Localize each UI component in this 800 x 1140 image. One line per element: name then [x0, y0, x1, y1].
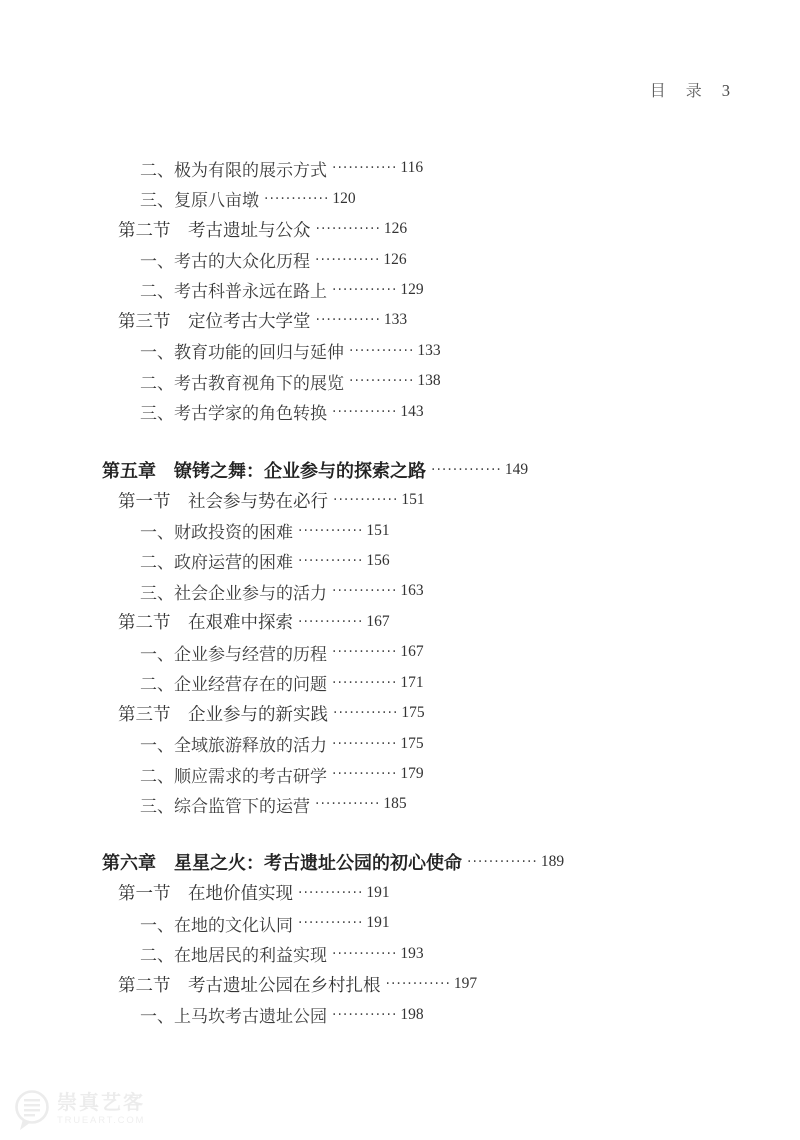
toc-leader-dots: ············	[332, 1007, 397, 1023]
toc-leader-dots: ············	[332, 946, 397, 962]
toc-leader-dots: ············	[315, 252, 380, 268]
toc-entry: 一、企业参与经营的历程············167	[140, 637, 770, 667]
toc-list: 二、极为有限的展示方式············116三、复原八亩墩·······…	[102, 153, 770, 1030]
toc-entry-page: 189	[541, 853, 564, 871]
toc-leader-dots: ············	[333, 705, 398, 721]
toc-entry-page: 116	[400, 159, 423, 177]
toc-leader-dots: ············	[349, 373, 414, 389]
toc-entry: 第一节 在地价值实现············191	[118, 878, 770, 908]
watermark-domain: TRUEART.COM	[57, 1115, 145, 1126]
toc-leader-dots: ············	[332, 736, 397, 752]
toc-entry: 第三节 企业参与的新实践············175	[118, 698, 770, 728]
toc-entry-page: 175	[400, 735, 423, 753]
toc-entry-title: 第一节 在地价值实现	[118, 880, 293, 905]
toc-entry: 二、企业经营存在的问题············171	[140, 668, 770, 698]
toc-entry-page: 151	[366, 522, 389, 540]
toc-entry-title: 二、顺应需求的考古研学	[140, 762, 327, 787]
toc-entry-title: 一、在地的文化认同	[140, 911, 293, 936]
toc-entry-title: 二、极为有限的展示方式	[140, 156, 327, 181]
page-header: 目 录 3	[650, 78, 730, 101]
toc-entry: 二、顺应需求的考古研学············179	[140, 759, 770, 789]
toc-leader-dots: ············	[264, 191, 329, 207]
toc-entry: 三、社会企业参与的活力············163	[140, 576, 770, 606]
toc-entry-title: 二、企业经营存在的问题	[140, 670, 327, 695]
toc-entry-title: 三、综合监管下的运营	[140, 792, 310, 817]
toc-entry: 三、综合监管下的运营············185	[140, 789, 770, 819]
toc-leader-dots: ············	[298, 915, 363, 931]
toc-entry-title: 三、考古学家的角色转换	[140, 399, 327, 424]
toc-entry-page: 163	[400, 582, 423, 600]
toc-entry-page: 191	[366, 914, 389, 932]
toc-entry-title: 第三节 企业参与的新实践	[118, 701, 328, 726]
toc-entry-title: 三、复原八亩墩	[140, 186, 259, 211]
toc-entry: 第六章 星星之火：考古遗址公园的初心使命·············189	[102, 847, 770, 877]
toc-leader-dots: ············	[298, 614, 363, 630]
toc-leader-dots: ············	[298, 885, 363, 901]
toc-entry-page: 126	[384, 220, 407, 238]
toc-leader-dots: ············	[332, 644, 397, 660]
toc-entry-page: 191	[366, 884, 389, 902]
toc-entry-page: 120	[332, 190, 355, 208]
toc-entry: 二、考古科普永远在路上············129	[140, 275, 770, 305]
toc-entry: 第五章 镣铐之舞：企业参与的探索之路·············149	[102, 454, 770, 484]
toc-entry-title: 一、全域旅游释放的活力	[140, 731, 327, 756]
toc-entry-page: 129	[400, 281, 423, 299]
toc-entry: 二、政府运营的困难············156	[140, 546, 770, 576]
toc-entry: 二、考古教育视角下的展览············138	[140, 366, 770, 396]
toc-entry-page: 149	[505, 461, 528, 479]
watermark-name: 崇真艺客	[57, 1092, 145, 1114]
toc-leader-dots: ············	[332, 675, 397, 691]
toc-entry-page: 198	[400, 1006, 423, 1024]
toc-entry: 第二节 考古遗址公园在乡村扎根············197	[118, 969, 770, 999]
toc-entry-title: 第二节 考古遗址公园在乡村扎根	[118, 972, 381, 997]
toc-entry-title: 一、企业参与经营的历程	[140, 640, 327, 665]
toc-entry-page: 151	[401, 491, 424, 509]
toc-entry-page: 179	[400, 765, 423, 783]
toc-entry-title: 第三节 定位考古大学堂	[118, 308, 311, 333]
toc-entry: 一、财政投资的困难············151	[140, 515, 770, 545]
toc-entry: 第一节 社会参与势在必行············151	[118, 485, 770, 515]
toc-entry: 第三节 定位考古大学堂············133	[118, 305, 770, 335]
header-page-number: 3	[722, 81, 730, 101]
toc-entry: 二、在地居民的利益实现············193	[140, 939, 770, 969]
watermark: 崇真艺客 TRUEART.COM	[13, 1088, 145, 1137]
toc-entry-title: 第五章 镣铐之舞：企业参与的探索之路	[102, 457, 426, 483]
toc-leader-dots: ············	[386, 976, 451, 992]
toc-leader-dots: ············	[332, 766, 397, 782]
toc-entry-title: 第二节 考古遗址与公众	[118, 217, 311, 242]
toc-entry-title: 三、社会企业参与的活力	[140, 579, 327, 604]
toc-entry-page: 126	[383, 251, 406, 269]
toc-entry: 第二节 考古遗址与公众············126	[118, 214, 770, 244]
toc-leader-dots: ············	[349, 343, 414, 359]
toc-leader-dots: ············	[332, 583, 397, 599]
toc-leader-dots: ·············	[431, 462, 502, 478]
toc-leader-dots: ············	[298, 523, 363, 539]
toc-leader-dots: ············	[316, 221, 381, 237]
toc-leader-dots: ············	[332, 160, 397, 176]
toc-entry-title: 一、财政投资的困难	[140, 518, 293, 543]
toc-entry-page: 197	[454, 975, 477, 993]
toc-entry-title: 第二节 在艰难中探索	[118, 609, 293, 634]
toc-entry-title: 一、考古的大众化历程	[140, 247, 310, 272]
toc-entry-title: 二、考古科普永远在路上	[140, 277, 327, 302]
toc-entry-title: 一、教育功能的回归与延伸	[140, 338, 344, 363]
toc-entry-page: 167	[366, 613, 389, 631]
toc-entry: 三、复原八亩墩············120	[140, 183, 770, 213]
toc-entry-page: 143	[400, 403, 423, 421]
speech-bubble-lines-icon	[13, 1088, 51, 1137]
toc-leader-dots: ·············	[467, 854, 538, 870]
toc-entry: 一、上马坎考古遗址公园············198	[140, 999, 770, 1029]
toc-entry-page: 185	[383, 795, 406, 813]
toc-entry-title: 第六章 星星之火：考古遗址公园的初心使命	[102, 849, 462, 875]
toc-leader-dots: ············	[316, 312, 381, 328]
toc-leader-dots: ············	[298, 553, 363, 569]
toc-entry: 一、考古的大众化历程············126	[140, 244, 770, 274]
toc-entry-page: 193	[400, 945, 423, 963]
toc-entry-page: 133	[417, 342, 440, 360]
toc-entry-page: 175	[401, 704, 424, 722]
toc-entry-page: 167	[400, 643, 423, 661]
toc-entry: 一、全域旅游释放的活力············175	[140, 728, 770, 758]
toc-entry-page: 133	[384, 311, 407, 329]
toc-entry-title: 第一节 社会参与势在必行	[118, 488, 328, 513]
toc-entry-title: 二、考古教育视角下的展览	[140, 369, 344, 394]
toc-entry-page: 171	[400, 674, 423, 692]
toc-leader-dots: ············	[332, 404, 397, 420]
header-title: 目 录	[650, 78, 704, 101]
toc-leader-dots: ············	[332, 282, 397, 298]
toc-entry-page: 156	[366, 552, 389, 570]
toc-entry: 一、在地的文化认同············191	[140, 908, 770, 938]
toc-entry: 第二节 在艰难中探索············167	[118, 607, 770, 637]
toc-entry: 一、教育功能的回归与延伸············133	[140, 336, 770, 366]
watermark-text: 崇真艺客 TRUEART.COM	[57, 1088, 145, 1126]
toc-entry-title: 一、上马坎考古遗址公园	[140, 1002, 327, 1027]
toc-entry: 三、考古学家的角色转换············143	[140, 397, 770, 427]
toc-entry-title: 二、在地居民的利益实现	[140, 941, 327, 966]
toc-leader-dots: ············	[315, 796, 380, 812]
toc-entry: 二、极为有限的展示方式············116	[140, 153, 770, 183]
toc-entry-title: 二、政府运营的困难	[140, 548, 293, 573]
toc-leader-dots: ············	[333, 492, 398, 508]
toc-entry-page: 138	[417, 372, 440, 390]
